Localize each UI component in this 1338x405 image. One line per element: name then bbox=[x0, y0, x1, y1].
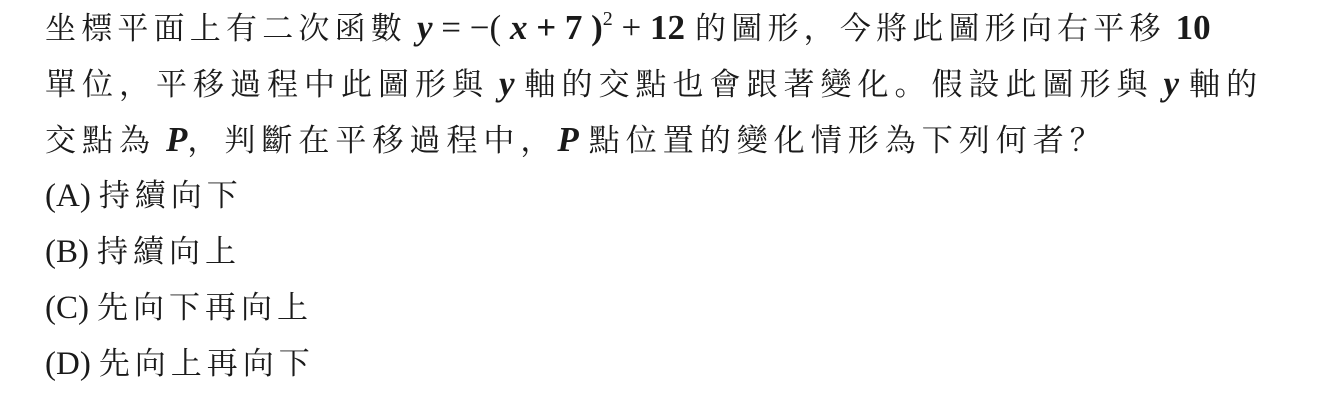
variable-p: P bbox=[557, 120, 578, 159]
option-text: 先向上再向下 bbox=[99, 346, 315, 382]
option-label: (A) bbox=[45, 178, 91, 214]
question-line-3: 交點為P，判斷在平移過程中，P點位置的變化情形為下列何者？ bbox=[45, 112, 1305, 168]
shift-amount: 10 bbox=[1176, 8, 1211, 47]
option-c[interactable]: (C)先向下再向上 bbox=[45, 280, 1305, 336]
option-d[interactable]: (D)先向上再向下 bbox=[45, 336, 1305, 392]
question-text: 坐標平面上有二次函數 bbox=[45, 11, 407, 47]
question-document: 坐標平面上有二次函數y = −( x + 7 )2 + 12的圖形，今將此圖形向… bbox=[45, 0, 1305, 392]
question-line-2: 單位，平移過程中此圖形與y軸的交點也會跟著變化。假設此圖形與y軸的 bbox=[45, 56, 1305, 112]
question-text: ，判斷在平移過程中， bbox=[187, 123, 557, 159]
option-label: (D) bbox=[45, 346, 91, 382]
variable-p: P bbox=[166, 120, 187, 159]
question-text: 點位置的變化情形為下列何者？ bbox=[589, 123, 1107, 159]
variable-y: y bbox=[1164, 64, 1180, 103]
question-text: 軸的交點也會跟著變化。假設此圖形與 bbox=[525, 67, 1154, 103]
question-text: 軸的 bbox=[1189, 67, 1263, 103]
option-text: 先向下再向上 bbox=[97, 290, 313, 326]
question-text: 單位，平移過程中此圖形與 bbox=[45, 67, 489, 103]
question-text: 交點為 bbox=[45, 123, 156, 159]
option-label: (B) bbox=[45, 234, 89, 270]
option-a[interactable]: (A)持續向下 bbox=[45, 168, 1305, 224]
question-line-1: 坐標平面上有二次函數y = −( x + 7 )2 + 12的圖形，今將此圖形向… bbox=[45, 0, 1305, 56]
option-b[interactable]: (B)持續向上 bbox=[45, 224, 1305, 280]
equation: y = −( x + 7 )2 + 12 bbox=[417, 8, 685, 47]
option-text: 持續向下 bbox=[99, 178, 243, 214]
option-label: (C) bbox=[45, 290, 89, 326]
question-text: 的圖形，今將此圖形向右平移 bbox=[695, 11, 1166, 47]
variable-y: y bbox=[499, 64, 515, 103]
option-text: 持續向上 bbox=[97, 234, 241, 270]
